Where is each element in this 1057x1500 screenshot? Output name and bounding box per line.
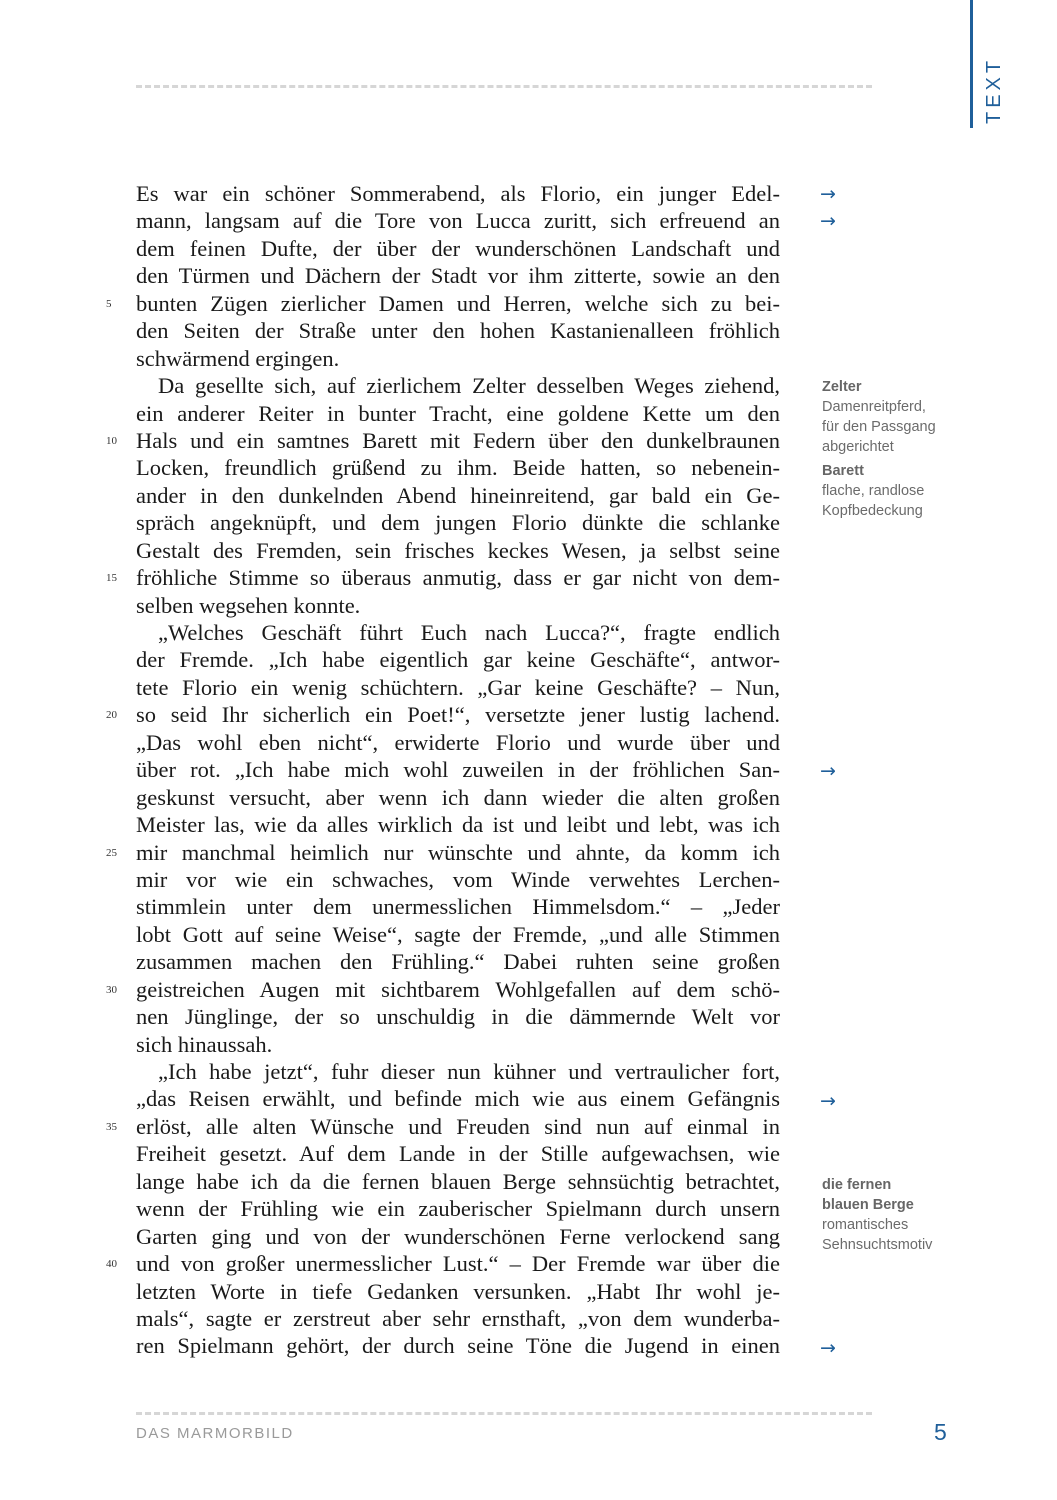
line-number: 15 bbox=[106, 565, 130, 592]
text-line: wenn der Frühling wie ein zauberischer S… bbox=[136, 1195, 780, 1222]
text-line: 10Hals und ein samtnes Barett mit Federn… bbox=[136, 427, 780, 454]
text-line: geskunst versucht, aber wenn ich dann wi… bbox=[136, 784, 780, 811]
text-line: Es war ein schöner Sommerabend, als Flor… bbox=[136, 180, 780, 207]
text-line: lobt Gott auf seine Weise“, sagte der Fr… bbox=[136, 921, 780, 948]
text-line: „Das wohl eben nicht“, erwiderte Florio … bbox=[136, 729, 780, 756]
page-number: 5 bbox=[934, 1419, 947, 1446]
line-number: 10 bbox=[106, 428, 130, 455]
gloss-term: Zelter bbox=[822, 377, 936, 397]
header-dashed-rule bbox=[136, 85, 872, 88]
footer-dashed-rule bbox=[136, 1412, 872, 1415]
arrow-right-icon: → bbox=[820, 761, 836, 781]
gloss-term: Barett bbox=[822, 461, 924, 481]
text-line: letzten Worte in tiefe Gedanken versunke… bbox=[136, 1278, 780, 1305]
arrow-right-icon: → bbox=[820, 184, 836, 204]
text-line: „Welches Geschäft führt Euch nach Lucca?… bbox=[136, 619, 780, 646]
text-line: 35erlöst, alle alten Wünsche und Freuden… bbox=[136, 1113, 780, 1140]
gloss-definition: romantisches bbox=[822, 1215, 932, 1235]
text-line: 20so seid Ihr sicherlich ein Poet!“, ver… bbox=[136, 701, 780, 728]
text-line: „Ich habe jetzt“, fuhr dieser nun kühner… bbox=[136, 1058, 780, 1085]
gloss-definition: für den Passgang bbox=[822, 417, 936, 437]
gloss-note-barett: Barett flache, randlose Kopfbedeckung bbox=[822, 461, 924, 521]
text-line: der Fremde. „Ich habe eigentlich gar kei… bbox=[136, 646, 780, 673]
text-line: Garten ging und von der wunderschönen Fe… bbox=[136, 1223, 780, 1250]
line-number: 30 bbox=[106, 977, 130, 1004]
text-line: den Türmen und Dächern der Stadt vor ihm… bbox=[136, 262, 780, 289]
arrow-right-icon: → bbox=[820, 1091, 836, 1111]
line-number: 20 bbox=[106, 702, 130, 729]
arrow-right-icon: → bbox=[820, 1338, 836, 1358]
text-line: spräch angeknüpft, und dem jungen Florio… bbox=[136, 509, 780, 536]
text-line: zusammen machen den Frühling.“ Dabei ruh… bbox=[136, 948, 780, 975]
line-number: 25 bbox=[106, 840, 130, 867]
running-footer-title: DAS MARMORBILD bbox=[136, 1425, 294, 1442]
text-line: ein anderer Reiter in bunter Tracht, ein… bbox=[136, 400, 780, 427]
text-line: lange habe ich da die fernen blauen Berg… bbox=[136, 1168, 780, 1195]
text-line: 30geistreichen Augen mit sichtbarem Wohl… bbox=[136, 976, 780, 1003]
gloss-definition: Damenreitpferd, bbox=[822, 397, 936, 417]
text-line: Freiheit gesetzt. Auf dem Lande in der S… bbox=[136, 1140, 780, 1167]
line-number: 40 bbox=[106, 1251, 130, 1278]
arrow-right-icon: → bbox=[820, 211, 836, 231]
text-line: 25mir manchmal heimlich nur wünschte und… bbox=[136, 839, 780, 866]
text-line: tete Florio ein wenig schüchtern. „Gar k… bbox=[136, 674, 780, 701]
text-line: dem feinen Dufte, der über der wundersch… bbox=[136, 235, 780, 262]
gloss-note-blaue-berge: die fernen blauen Berge romantisches Seh… bbox=[822, 1175, 932, 1255]
line-number: 35 bbox=[106, 1114, 130, 1141]
gloss-definition: abgerichtet bbox=[822, 437, 936, 457]
text-line: schwärmend ergingen. bbox=[136, 345, 780, 372]
text-line: ren Spielmann gehört, der durch seine Tö… bbox=[136, 1332, 780, 1359]
text-line: stimmlein unter dem unermesslichen Himme… bbox=[136, 893, 780, 920]
text-line: über rot. „Ich habe mich wohl zuweilen i… bbox=[136, 756, 780, 783]
gloss-note-zelter: Zelter Damenreitpferd, für den Passgang … bbox=[822, 377, 936, 457]
text-line: 15fröhliche Stimme so überaus anmutig, d… bbox=[136, 564, 780, 591]
gloss-term: blauen Berge bbox=[822, 1195, 932, 1215]
text-line: mals“, sagte er zerstreut aber sehr erns… bbox=[136, 1305, 780, 1332]
text-line: Da gesellte sich, auf zierlichem Zelter … bbox=[136, 372, 780, 399]
text-line: Gestalt des Fremden, sein frisches kecke… bbox=[136, 537, 780, 564]
text-line: selben wegsehen konnte. bbox=[136, 592, 780, 619]
main-text: Es war ein schöner Sommerabend, als Flor… bbox=[136, 180, 780, 1360]
gloss-definition: Kopfbedeckung bbox=[822, 501, 924, 521]
text-line: Locken, freundlich grüßend zu ihm. Beide… bbox=[136, 454, 780, 481]
section-tab-bar bbox=[970, 0, 973, 128]
text-line: „das Reisen erwählt, und befinde mich wi… bbox=[136, 1085, 780, 1112]
text-line: mann, langsam auf die Tore von Lucca zur… bbox=[136, 207, 780, 234]
line-number: 5 bbox=[106, 291, 130, 318]
text-line: 5bunten Zügen zierlicher Damen und Herre… bbox=[136, 290, 780, 317]
text-line: den Seiten der Straße unter den hohen Ka… bbox=[136, 317, 780, 344]
text-line: nen Jünglinge, der so unschuldig in die … bbox=[136, 1003, 780, 1030]
text-line: 40und von großer unermesslicher Lust.“ –… bbox=[136, 1250, 780, 1277]
section-tab-label: TEXT bbox=[983, 57, 1006, 124]
text-line: Meister las, wie da alles wirklich da is… bbox=[136, 811, 780, 838]
gloss-term: die fernen bbox=[822, 1175, 932, 1195]
text-line: mir vor wie ein schwaches, vom Winde ver… bbox=[136, 866, 780, 893]
text-line: ander in den dunkelnden Abend hineinreit… bbox=[136, 482, 780, 509]
text-line: sich hinaussah. bbox=[136, 1031, 780, 1058]
gloss-definition: flache, randlose bbox=[822, 481, 924, 501]
gloss-definition: Sehnsuchtsmotiv bbox=[822, 1235, 932, 1255]
